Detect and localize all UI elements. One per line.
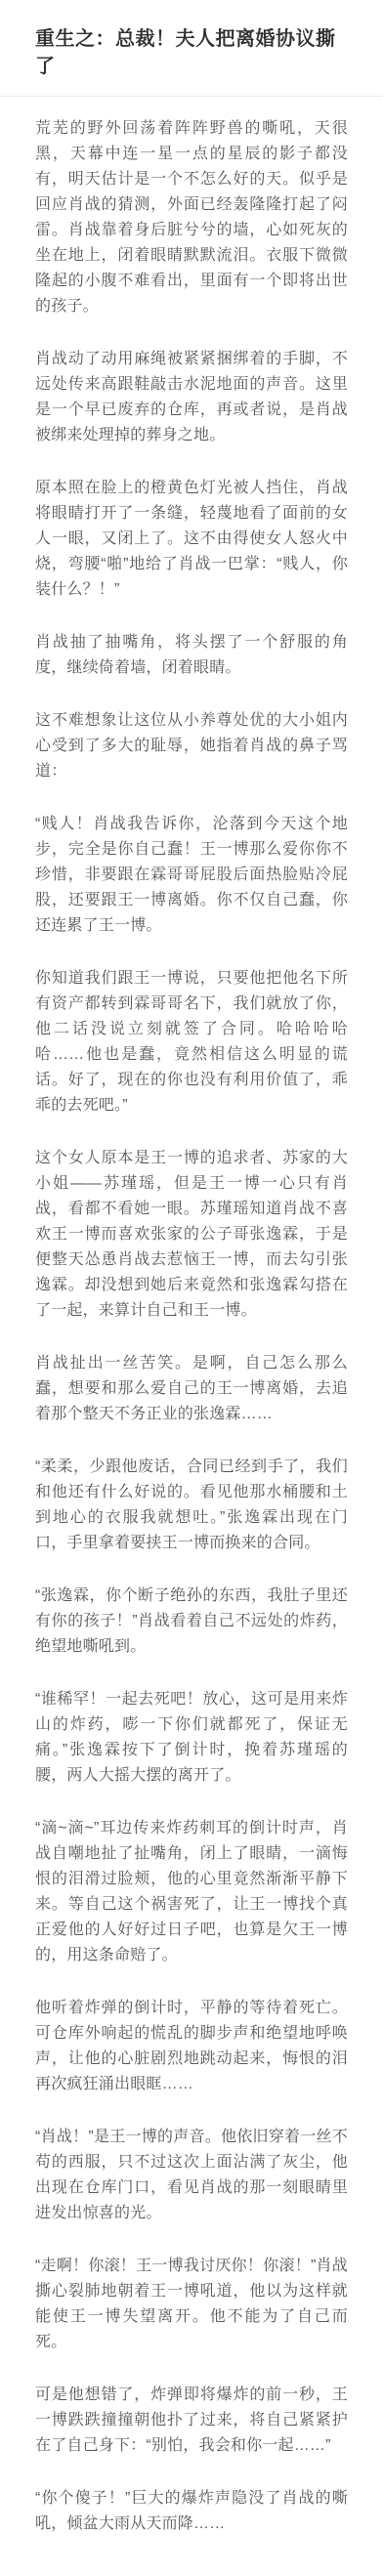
paragraph: 肖战动了动用麻绳被紧紧捆绑着的手脚，不远处传来高跟鞋敲击水泥地面的声音。这里是一…	[35, 347, 348, 448]
paragraph: “走啊！你滚！王一博我讨厌你！你滚！”肖战撕心裂肺地朝着王一博吼道，他以为这样就…	[35, 2254, 348, 2355]
paragraph: 这不难想象让这位从小养尊处优的大小姐内心受到了多大的耻辱，她指着肖战的鼻子骂道：	[35, 708, 348, 784]
paragraph: “张逸霖，你个断子绝孙的东西，我肚子里还有你的孩子！”肖战看着自己不远处的炸药，…	[35, 1584, 348, 1660]
paragraph: “滴~滴~”耳边传来炸药刺耳的倒计时声，肖战自嘲地扯了扯嘴角，闭上了眼睛，一滴悔…	[35, 1816, 348, 1968]
paragraph: 荒芜的野外回荡着阵阵野兽的嘶吼，天很黑，天幕中连一星一点的星辰的影子都没有，明天…	[35, 116, 348, 319]
paragraph: “你个傻子！”巨大的爆炸声隐没了肖战的嘶吼，倾盆大雨从天而降……	[35, 2486, 348, 2537]
paragraph: 原本照在脸上的橙黄色灯光被人挡住，肖战将眼睛打开了一条缝，轻蔑地看了面前的女人一…	[35, 476, 348, 603]
paragraph: 肖战扯出一丝苦笑。是啊，自己怎么那么蠢，想要和那么爱自己的王一博离婚，去追着那个…	[35, 1351, 348, 1427]
paragraph: 肖战抽了抽嘴角，将头摆了一个舒服的角度，继续倚着墙，闭着眼睛。	[35, 630, 348, 681]
page-title: 重生之：总裁！夫人把离婚协议撕了	[35, 25, 348, 80]
paragraph: 这个女人原本是王一博的追求者、苏家的大小姐——苏瑾瑶，但是王一博一心只有肖战，看…	[35, 1146, 348, 1324]
paragraph: “柔柔，少跟他废话，合同已经到手了，我们和他还有什么好说的。看见他那水桶腰和土到…	[35, 1455, 348, 1556]
paragraph: 他听着炸弹的倒计时，平静的等待着死亡。可仓库外响起的慌乱的脚步声和绝望地呼唤声，…	[35, 1996, 348, 2097]
paragraph: “肖战！”是王一博的声音。他依旧穿着一丝不苟的西服，只不过这次上面沾满了灰尘，他…	[35, 2125, 348, 2226]
paragraph: “贱人！肖战我告诉你，沦落到今天这个地步，完全是你自己蠢！王一博那么爱你你不珍惜…	[35, 812, 348, 939]
novel-content: 荒芜的野外回荡着阵阵野兽的嘶吼，天很黑，天幕中连一星一点的星辰的影子都没有，明天…	[0, 97, 383, 2537]
paragraph: “谁稀罕！一起去死吧！放心，这可是用来炸山的炸药，嘭一下你们就都死了，保证无痛。…	[35, 1687, 348, 1789]
paragraph: 可是他想错了，炸弹即将爆炸的前一秒，王一博跌跌撞撞朝他扑了过来，将自己紧紧护在了…	[35, 2383, 348, 2459]
novel-reader-page: 重生之：总裁！夫人把离婚协议撕了 荒芜的野外回荡着阵阵野兽的嘶吼，天很黑，天幕中…	[0, 0, 383, 2576]
paragraph: 你知道我们跟王一博说，只要他把他名下所有资产都转到霖哥哥名下，我们就放了你，他二…	[35, 966, 348, 1119]
